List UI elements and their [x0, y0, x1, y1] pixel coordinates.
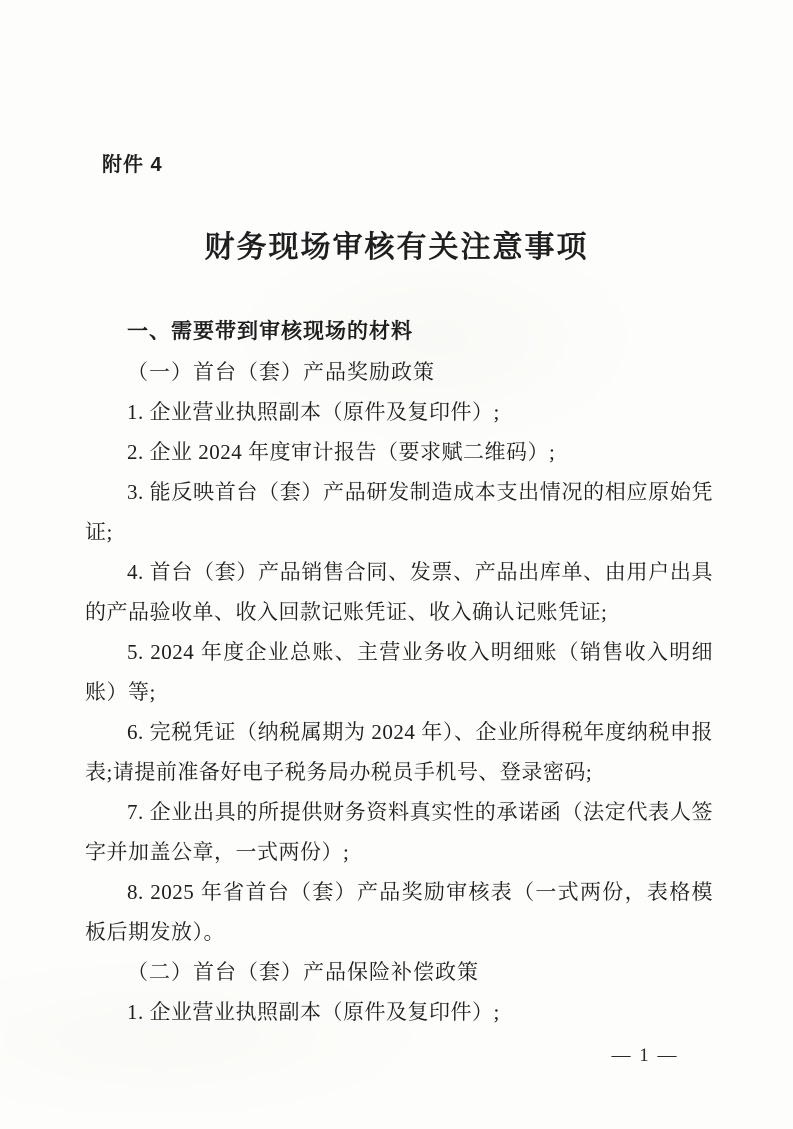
list-item: 3. 能反映首台（套）产品研发制造成本支出情况的相应原始凭证; — [85, 472, 713, 552]
document-page: 附件 4 财务现场审核有关注意事项 一、需要带到审核现场的材料 （一）首台（套）… — [0, 0, 793, 1129]
list-item: 6. 完税凭证（纳税属期为 2024 年）、企业所得税年度纳税申报表;请提前准备… — [85, 712, 713, 792]
document-body: 一、需要带到审核现场的材料 （一）首台（套）产品奖励政策 1. 企业营业执照副本… — [85, 312, 713, 1032]
list-item: 5. 2024 年度企业总账、主营业务收入明细账（销售收入明细账）等; — [85, 632, 713, 712]
list-item: 7. 企业出具的所提供财务资料真实性的承诺函（法定代表人签字并加盖公章，一式两份… — [85, 792, 713, 872]
list-item: 8. 2025 年省首台（套）产品奖励审核表（一式两份，表格模板后期发放）。 — [85, 872, 713, 952]
section-heading-materials: 一、需要带到审核现场的材料 — [85, 312, 713, 352]
subsection-heading-insurance-policy: （二）首台（套）产品保险补偿政策 — [85, 952, 713, 992]
attachment-label: 附件 4 — [102, 148, 163, 177]
list-item: 2. 企业 2024 年度审计报告（要求赋二维码）; — [85, 432, 713, 472]
list-item: 1. 企业营业执照副本（原件及复印件）; — [85, 992, 713, 1032]
page-number: — 1 — — [575, 1045, 715, 1067]
subsection-heading-reward-policy: （一）首台（套）产品奖励政策 — [85, 352, 713, 392]
list-item: 1. 企业营业执照副本（原件及复印件）; — [85, 392, 713, 432]
list-item: 4. 首台（套）产品销售合同、发票、产品出库单、由用户出具的产品验收单、收入回款… — [85, 552, 713, 632]
document-title: 财务现场审核有关注意事项 — [0, 222, 793, 266]
